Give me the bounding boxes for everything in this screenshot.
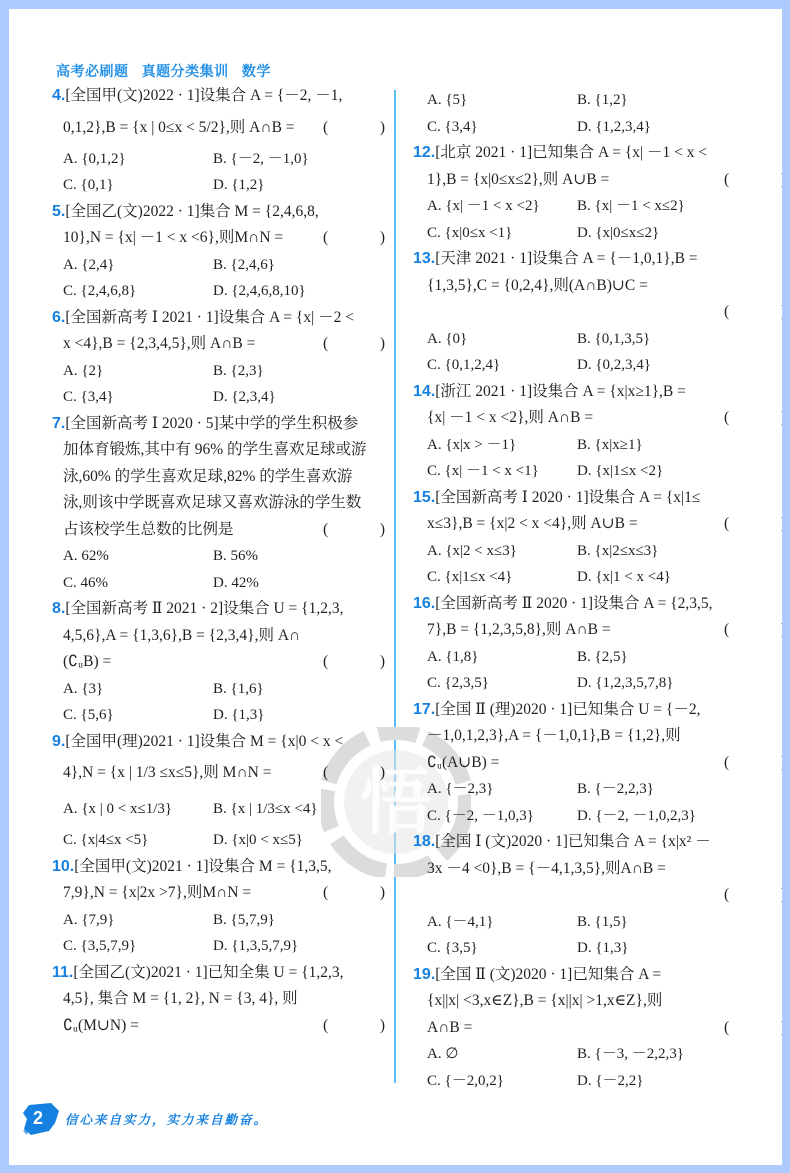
question-8: 8.[全国新高考 Ⅱ 2021 · 2]设集合 U = {1,2,3, 4,5,… [52,596,385,729]
options: A. {0} C. {0,1,2,4} B. {0,1,3,5} D. {0,2… [413,326,772,379]
options-col: A. {2} C. {3,4} [63,358,213,411]
option-b[interactable]: B. {－2,2,3} [577,776,727,803]
options: A. {x | 0 < x≤1/3} C. {x|4≤x <5} B. {x |… [52,791,385,854]
option-d[interactable]: D. {1,2,3,4} [577,114,727,141]
option-a[interactable]: A. {x|2 < x≤3} [427,538,577,565]
question-text: ∁ᵤ(M∪N) = [63,1017,139,1034]
question-text: [全国乙(文)2021 · 1]已知全集 U = {1,2,3, [73,964,343,981]
options-col: A. {0} C. {0,1,2,4} [427,326,577,379]
question-text: [全国新高考 Ⅰ 2020 · 5]某中学的学生积极参 [65,415,358,432]
question-number: 11. [52,964,73,981]
answer-bracket[interactable]: () [323,755,385,791]
options-col: B. {1,6} D. {1,3} [213,676,363,729]
question-text: {1,3,5},C = {0,2,4},则(A∩B)∪C = [427,277,648,294]
question-number: 15. [413,489,435,506]
option-a[interactable]: A. {－2,3} [427,776,577,803]
question-text: 7},B = {1,2,3,5,8},则 A∩B = [427,621,611,638]
option-d[interactable]: D. {1,2,3,5,7,8} [577,670,727,697]
option-a[interactable]: A. {0,1,2} [63,146,213,173]
answer-bracket[interactable]: () [323,225,385,252]
question-18: 18.[全国 Ⅰ (文)2020 · 1]已知集合 A = {x|x² － 3x… [413,829,772,962]
option-c[interactable]: C. {3,5,7,9} [63,933,213,960]
question-text: [全国甲(文)2022 · 1]设集合 A = {－2, －1, [65,87,342,104]
question-text: [全国甲(文)2021 · 1]设集合 M = {1,3,5, [74,858,331,875]
option-c[interactable]: C. 46% [63,570,213,597]
question-11-options: A. {5} C. {3,4} B. {1,2} D. {1,2,3,4} [427,87,772,140]
question-text: {x||x| <3,x∈Z},B = {x||x| >1,x∈Z},则 [427,992,662,1009]
options: A. {0,1,2} C. {0,1} B. {－2, －1,0} D. {1,… [52,146,385,199]
options-col: B. 56% D. 42% [213,543,363,596]
options-col: A. {－4,1} C. {3,5} [427,909,577,962]
options-col: A. {2,4} C. {2,4,6,8} [63,252,213,305]
question-15: 15.[全国新高考 Ⅰ 2020 · 1]设集合 A = {x|1≤ x≤3},… [413,485,772,591]
question-number: 9. [52,733,65,750]
question-text: [全国 Ⅱ (理)2020 · 1]已知集合 U = {－2, [435,701,700,718]
option-b[interactable]: B. {2,5} [577,644,727,671]
options-col: A. ∅ C. {－2,0,2} [427,1041,577,1094]
option-d[interactable]: D. {x|1≤x <2} [577,458,727,485]
option-a[interactable]: A. {－4,1} [427,909,577,936]
answer-bracket[interactable]: () [724,882,782,909]
option-a[interactable]: A. {2} [63,358,213,385]
option-d[interactable]: D. {1,2} [213,172,363,199]
question-number: 7. [52,415,65,432]
options: A. {x|2 < x≤3} C. {x|1≤x <4} B. {x|2≤x≤3… [413,538,772,591]
textbook-page: 高考必刷题 真题分类集训 数学 悟 4.[全国甲(文)2022 · 1]设集合 … [9,9,782,1165]
option-d[interactable]: D. {－2,2} [577,1068,727,1095]
question-text: {x| －1 < x <2},则 A∩B = [427,409,593,426]
question-number: 18. [413,833,435,850]
question-16: 16.[全国新高考 Ⅱ 2020 · 1]设集合 A = {2,3,5, 7},… [413,591,772,697]
option-a[interactable]: A. {1,8} [427,644,577,671]
options-col: A. {1,8} C. {2,3,5} [427,644,577,697]
question-text: 7,9},N = {x|2x >7},则M∩N = [63,884,251,901]
answer-bracket[interactable]: () [724,299,782,326]
options-col: A. {x | 0 < x≤1/3} C. {x|4≤x <5} [63,791,213,854]
options: A. {－2,3} C. {－2, －1,0,3} B. {－2,2,3} D.… [413,776,772,829]
question-number: 13. [413,250,435,267]
option-b[interactable]: B. {x|x≥1} [577,432,727,459]
question-number: 17. [413,701,435,718]
options-col: B. {x| －1 < x≤2} D. {x|0≤x≤2} [577,193,727,246]
option-d[interactable]: D. {x|0 < x≤5} [213,827,363,854]
question-text: 3x －4 <0},B = {－4,1,3,5},则A∩B = [427,860,666,877]
question-7: 7.[全国新高考 Ⅰ 2020 · 5]某中学的学生积极参 加体育锻炼,其中有 … [52,411,385,597]
options: A. {7,9} C. {3,5,7,9} B. {5,7,9} D. {1,3… [52,907,385,960]
option-b[interactable]: B. {0,1,3,5} [577,326,727,353]
answer-bracket[interactable]: () [724,1015,782,1042]
options: A. 62% C. 46% B. 56% D. 42% [52,543,385,596]
question-text: 泳,则该中学既喜欢足球又喜欢游泳的学生数 [63,494,361,511]
question-4: 4.[全国甲(文)2022 · 1]设集合 A = {－2, －1, 0,1,2… [52,83,385,199]
option-c[interactable]: C. {3,5} [427,935,577,962]
options-col: B. {x|2≤x≤3} D. {x|1 < x <4} [577,538,727,591]
question-text: [全国新高考 Ⅰ 2020 · 1]设集合 A = {x|1≤ [435,489,700,506]
question-text: 加体育锻炼,其中有 96% 的学生喜欢足球或游 [63,441,367,458]
option-b[interactable]: B. {2,3} [213,358,363,385]
option-d[interactable]: D. 42% [213,570,363,597]
option-b[interactable]: B. {1,2} [577,87,727,114]
question-12: 12.[北京 2021 · 1]已知集合 A = {x| －1 < x < 1}… [413,140,772,246]
option-c[interactable]: C. {2,4,6,8} [63,278,213,305]
option-d[interactable]: D. {1,3,5,7,9} [213,933,363,960]
option-b[interactable]: B. {－3, －2,2,3} [577,1041,727,1068]
option-d[interactable]: D. {x|0≤x≤2} [577,220,727,247]
question-text: x <4},B = {2,3,4,5},则 A∩B = [63,335,255,352]
answer-bracket[interactable]: () [323,880,385,907]
question-text: ∁ᵤ(A∪B) = [427,754,499,771]
options-col: A. {x|x > －1} C. {x| －1 < x <1} [427,432,577,485]
question-text: 0,1,2},B = {x | 0≤x < 5/2},则 A∩B = [63,119,295,136]
right-column: A. {5} C. {3,4} B. {1,2} D. {1,2,3,4} 12… [427,87,772,1094]
option-c[interactable]: C. {0,1} [63,172,213,199]
option-c[interactable]: C. {x|0≤x <1} [427,220,577,247]
option-a[interactable]: A. {7,9} [63,907,213,934]
question-text: x≤3},B = {x|2 < x <4},则 A∪B = [427,515,638,532]
question-text: 泳,60% 的学生喜欢足球,82% 的学生喜欢游 [63,468,352,485]
question-number: 12. [413,144,435,161]
answer-bracket[interactable]: () [323,331,385,358]
question-text: 4},N = {x | 1/3 ≤x≤5},则 M∩N = [63,764,271,781]
question-number: 8. [52,600,65,617]
option-a[interactable]: A. {x | 0 < x≤1/3} [63,791,213,827]
question-text: 占该校学生总数的比例是 [63,521,234,538]
options: A. {x|x > －1} C. {x| －1 < x <1} B. {x|x≥… [413,432,772,485]
option-d[interactable]: D. {2,3,4} [213,384,363,411]
options-col: B. {x | 1/3≤x <4} D. {x|0 < x≤5} [213,791,363,854]
options-col: B. {0,1,3,5} D. {0,2,3,4} [577,326,727,379]
option-d[interactable]: D. {－2, －1,0,2,3} [577,803,727,830]
options-col: A. 62% C. 46% [63,543,213,596]
answer-bracket[interactable]: () [724,750,782,777]
question-6: 6.[全国新高考 Ⅰ 2021 · 1]设集合 A = {x| －2 < x <… [52,305,385,411]
option-a[interactable]: A. {x| －1 < x <2} [427,193,577,220]
options: A. {1,8} C. {2,3,5} B. {2,5} D. {1,2,3,5… [413,644,772,697]
question-number: 16. [413,595,435,612]
option-a[interactable]: A. {x|x > －1} [427,432,577,459]
options-col: A. {7,9} C. {3,5,7,9} [63,907,213,960]
option-c[interactable]: C. {－2,0,2} [427,1068,577,1095]
question-text: [全国新高考 Ⅱ 2020 · 1]设集合 A = {2,3,5, [435,595,712,612]
option-c[interactable]: C. {5,6} [63,702,213,729]
question-text: 4,5,6},A = {1,3,6},B = {2,3,4},则 A∩ [63,627,300,644]
options: A. {x| －1 < x <2} C. {x|0≤x <1} B. {x| －… [413,193,772,246]
options-col: B. {－2, －1,0} D. {1,2} [213,146,363,199]
answer-bracket[interactable]: () [323,110,385,146]
page-footer: 2 信心来自实力，实力来自勤奋。 [21,1099,268,1139]
question-number: 19. [413,966,435,983]
option-d[interactable]: D. {x|1 < x <4} [577,564,727,591]
question-text: [全国 Ⅰ (文)2020 · 1]已知集合 A = {x|x² － [435,833,710,850]
options-col: B. {－3, －2,2,3} D. {－2,2} [577,1041,727,1094]
options: A. {2} C. {3,4} B. {2,3} D. {2,3,4} [52,358,385,411]
options: A. {3} C. {5,6} B. {1,6} D. {1,3} [52,676,385,729]
options: A. {2,4} C. {2,4,6,8} B. {2,4,6} D. {2,4… [52,252,385,305]
option-b[interactable]: B. {1,6} [213,676,363,703]
option-b[interactable]: B. 56% [213,543,363,570]
option-c[interactable]: C. {－2, －1,0,3} [427,803,577,830]
options-col: B. {2,3} D. {2,3,4} [213,358,363,411]
options-col: B. {1,2} D. {1,2,3,4} [577,87,727,140]
question-text: [全国新高考 Ⅱ 2021 · 2]设集合 U = {1,2,3, [65,600,343,617]
options-col: A. {x| －1 < x <2} C. {x|0≤x <1} [427,193,577,246]
options-col: A. {5} C. {3,4} [427,87,577,140]
answer-bracket[interactable]: () [724,511,782,538]
options-col: B. {1,5} D. {1,3} [577,909,727,962]
question-text: 10},N = {x| －1 < x <6},则M∩N = [63,229,283,246]
options-col: A. {0,1,2} C. {0,1} [63,146,213,199]
options-col: A. {－2,3} C. {－2, －1,0,3} [427,776,577,829]
option-a[interactable]: A. {3} [63,676,213,703]
question-11: 11.[全国乙(文)2021 · 1]已知全集 U = {1,2,3, 4,5}… [52,960,385,1040]
option-c[interactable]: C. {x|4≤x <5} [63,827,213,854]
page-number: 2 [33,1108,43,1129]
options-col: B. {－2,2,3} D. {－2, －1,0,2,3} [577,776,727,829]
option-b[interactable]: B. {x| －1 < x≤2} [577,193,727,220]
page-header: 高考必刷题 真题分类集训 数学 [56,61,271,81]
option-d[interactable]: D. {2,4,6,8,10} [213,278,363,305]
question-number: 4. [52,87,65,104]
option-c[interactable]: C. {x|1≤x <4} [427,564,577,591]
question-number: 5. [52,203,65,220]
option-c[interactable]: C. {3,4} [63,384,213,411]
answer-bracket[interactable]: () [323,1013,385,1040]
question-17: 17.[全国 Ⅱ (理)2020 · 1]已知集合 U = {－2, －1,0,… [413,697,772,830]
question-9: 9.[全国甲(理)2021 · 1]设集合 M = {x|0 < x < 4},… [52,729,385,854]
question-text: [浙江 2021 · 1]设集合 A = {x|x≥1},B = [435,383,686,400]
answer-bracket[interactable]: () [724,617,782,644]
question-text: [全国乙(文)2022 · 1]集合 M = {2,4,6,8, [65,203,318,220]
option-a[interactable]: A. 62% [63,543,213,570]
option-c[interactable]: C. {0,1,2,4} [427,352,577,379]
option-b[interactable]: B. {x|2≤x≤3} [577,538,727,565]
option-c[interactable]: C. {3,4} [427,114,577,141]
footer-motto: 信心来自实力，实力来自勤奋。 [65,1110,268,1128]
question-19: 19.[全国 Ⅱ (文)2020 · 1]已知集合 A = {x||x| <3,… [413,962,772,1095]
option-d[interactable]: D. {1,3} [577,935,727,962]
option-d[interactable]: D. {1,3} [213,702,363,729]
question-5: 5.[全国乙(文)2022 · 1]集合 M = {2,4,6,8, 10},N… [52,199,385,305]
question-text: －1,0,1,2,3},A = {－1,0,1},B = {1,2},则 [427,727,681,744]
answer-bracket[interactable]: () [724,405,782,432]
question-14: 14.[浙江 2021 · 1]设集合 A = {x|x≥1},B = {x| … [413,379,772,485]
option-c[interactable]: C. {x| －1 < x <1} [427,458,577,485]
question-text: (∁ᵤB) = [63,653,111,670]
options: A. {－4,1} C. {3,5} B. {1,5} D. {1,3} [413,909,772,962]
option-a[interactable]: A. {5} [427,87,577,114]
options-col: B. {2,5} D. {1,2,3,5,7,8} [577,644,727,697]
options-col: A. {x|2 < x≤3} C. {x|1≤x <4} [427,538,577,591]
question-text: [全国甲(理)2021 · 1]设集合 M = {x|0 < x < [65,733,343,750]
question-text: A∩B = [427,1019,472,1036]
options-col: A. {3} C. {5,6} [63,676,213,729]
option-b[interactable]: B. {5,7,9} [213,907,363,934]
question-13: 13.[天津 2021 · 1]设集合 A = {－1,0,1},B = {1,… [413,246,772,379]
question-text: 1},B = {x|0≤x≤2},则 A∪B = [427,171,609,188]
question-number: 6. [52,309,65,326]
question-text: 4,5}, 集合 M = {1, 2}, N = {3, 4}, 则 [63,990,298,1007]
option-b[interactable]: B. {x | 1/3≤x <4} [213,791,363,827]
column-divider [394,90,396,1083]
option-b[interactable]: B. {2,4,6} [213,252,363,279]
question-text: [全国 Ⅱ (文)2020 · 1]已知集合 A = [435,966,661,983]
options: A. ∅ C. {－2,0,2} B. {－3, －2,2,3} D. {－2,… [413,1041,772,1094]
option-a[interactable]: A. ∅ [427,1041,577,1068]
question-text: [北京 2021 · 1]已知集合 A = {x| －1 < x < [435,144,707,161]
option-b[interactable]: B. {1,5} [577,909,727,936]
question-number: 10. [52,858,74,875]
question-text: [天津 2021 · 1]设集合 A = {－1,0,1},B = [435,250,697,267]
answer-bracket[interactable]: () [323,517,385,544]
option-a[interactable]: A. {0} [427,326,577,353]
option-a[interactable]: A. {2,4} [63,252,213,279]
question-text: [全国新高考 Ⅰ 2021 · 1]设集合 A = {x| －2 < [65,309,354,326]
options-col: B. {5,7,9} D. {1,3,5,7,9} [213,907,363,960]
option-b[interactable]: B. {－2, －1,0} [213,146,363,173]
question-10: 10.[全国甲(文)2021 · 1]设集合 M = {1,3,5, 7,9},… [52,854,385,960]
question-number: 14. [413,383,435,400]
answer-bracket[interactable]: () [724,167,782,194]
option-d[interactable]: D. {0,2,3,4} [577,352,727,379]
options-col: B. {x|x≥1} D. {x|1≤x <2} [577,432,727,485]
options-col: B. {2,4,6} D. {2,4,6,8,10} [213,252,363,305]
answer-bracket[interactable]: () [323,649,385,676]
left-column: 4.[全国甲(文)2022 · 1]设集合 A = {－2, －1, 0,1,2… [52,83,385,1039]
option-c[interactable]: C. {2,3,5} [427,670,577,697]
page-number-badge: 2 [21,1101,61,1137]
